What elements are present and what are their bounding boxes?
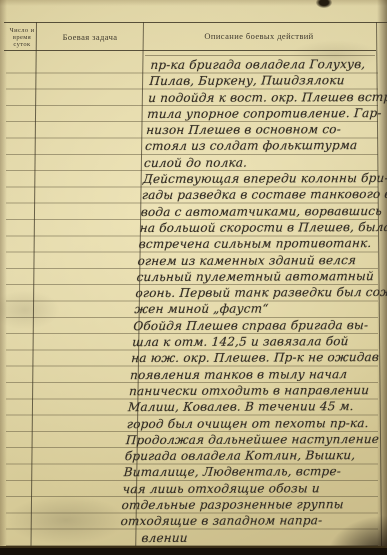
manuscript-line: Действующая впереди колонны бри- [142,170,367,187]
manuscript-line: низон Плешев в основном со- [146,121,371,138]
header-cell-datetime: Число и время суток [7,27,37,48]
manuscript-line: вода с автоматчиками, ворвавшись [140,203,365,220]
scan-bottom-edge [0,546,387,555]
manuscript-line: шла к отм. 142,5 и завязала бой [132,333,357,350]
manuscript-line: влении [119,529,344,546]
manuscript-line: на большой скорости в Плешев, была [139,219,364,236]
header-bottom-border [4,50,376,51]
manuscript-line: отходящие в западном напра- [120,512,345,529]
manuscript-line: чая лишь отходящие обозы и [122,480,347,497]
manuscript-line: и подойдя к вост. окр. Плешев встре- [148,89,373,106]
manuscript-line: встречена сильным противотанк. [138,235,363,252]
manuscript-line: Обойдя Плешев справа бригада вы- [133,317,358,334]
manuscript-line: Продолжая дальнейшее наступление [125,431,350,448]
table-top-border [4,22,387,23]
header-cell-task: Боевая задача [37,32,143,42]
manuscript-line: Виталище, Людвенталь, встре- [123,464,348,481]
manuscript-line: город был очищен от пехоты пр-ка. [126,415,351,432]
manuscript-line: появления танков в тылу начал [130,366,355,383]
manuscript-line: тила упорное сопротивление. Гар- [147,105,372,122]
manuscript-line: отдельные разрозненные группы [121,496,346,513]
journal-page: Число и время суток Боевая задача Описан… [0,0,387,555]
manuscript-line: панически отходить в направлении [129,382,354,399]
manuscript-line: стоял из солдат фолькштурма [145,138,370,155]
manuscript-line: пр-ка бригада овладела Голухув, [150,56,375,73]
manuscript-line: сильный пулеметный автоматный [136,268,361,285]
header-cell-description: Описание боевых действий [144,31,374,41]
handwritten-entry: пр-ка бригада овладела Голухув,Пилав, Би… [119,56,375,546]
manuscript-line: силой до полка. [144,154,369,171]
manuscript-line: огонь. Первый танк разведки был сож- [135,284,360,301]
manuscript-line: Малиш, Ковалев. В течении 45 м. [127,398,352,415]
manuscript-line: бригада овладела Котлин, Вышки, [124,447,349,464]
manuscript-line: гады разведка в составе танкового вз- [141,186,366,203]
ink-blot [316,0,332,8]
manuscript-line: жен миной „фауст“ [134,301,359,318]
manuscript-line: на юж. окр. Плешев. Пр-к не ожидав [131,349,356,366]
manuscript-line: огнем из каменных зданий велся [137,252,362,269]
manuscript-line: Пилав, Биркену, Пшидзялоки [149,72,374,89]
